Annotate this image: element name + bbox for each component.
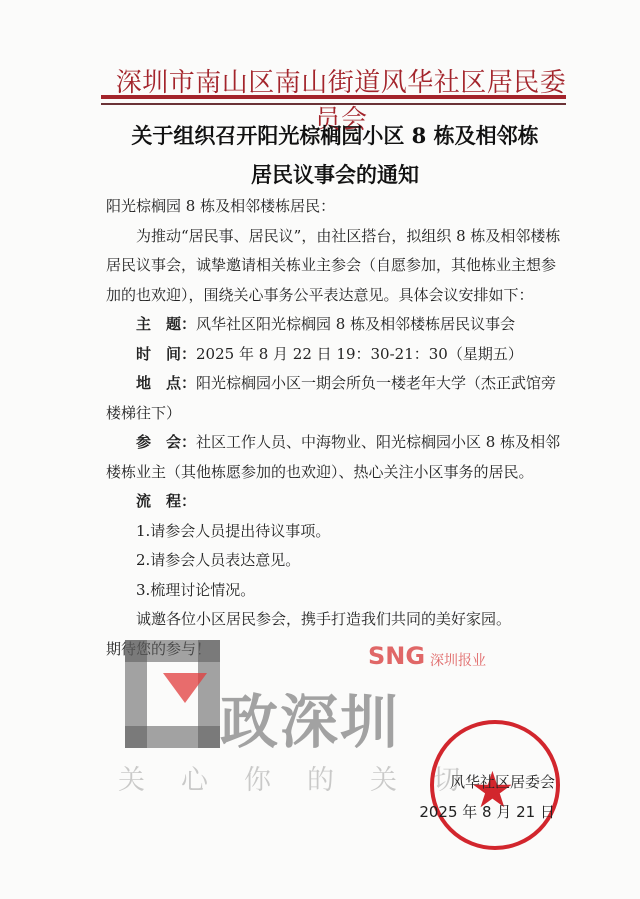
item-topic: 主 题：风华社区阳光棕榈园 8 栋及相邻楼栋居民议事会	[106, 310, 566, 340]
notice-title: 关于组织召开阳光棕榈园小区 8 栋及相邻栋 居民议事会的通知	[100, 116, 570, 194]
watermark-brand: 政深圳	[220, 675, 400, 759]
item-location: 地 点：阳光棕榈园小区一期会所负一楼老年大学（杰正武馆旁楼梯往下）	[106, 369, 566, 428]
process-label: 流 程：	[106, 487, 566, 517]
document-page: 深圳市南山区南山街道风华社区居民委员会 关于组织召开阳光棕榈园小区 8 栋及相邻…	[0, 0, 640, 899]
salutation: 阳光棕榈园 8 栋及相邻楼栋居民：	[106, 192, 566, 222]
notice-body: 阳光棕榈园 8 栋及相邻楼栋居民： 为推动“居民事、居民议”，由社区搭台，拟组织…	[106, 192, 566, 664]
header-rule-thin	[101, 103, 566, 105]
process-step-3: 3.梳理讨论情况。	[106, 576, 566, 606]
watermark-triangle-icon	[163, 673, 207, 703]
header-rule-thick	[101, 95, 566, 99]
signature-org: 风华社区居委会	[419, 767, 555, 797]
process-step-1: 1.请参会人员提出待议事项。	[106, 517, 566, 547]
item-time: 时 间：2025 年 8 月 22 日 19：30-21：30（星期五）	[106, 340, 566, 370]
item-attendees-label: 参 会：	[136, 433, 196, 451]
closing-paragraph: 诚邀各位小区居民参会，携手打造我们共同的美好家园。	[106, 605, 566, 635]
item-time-label: 时 间：	[136, 345, 196, 363]
sng-logo-subtitle: 深圳报业	[430, 650, 486, 670]
item-time-value: 2025 年 8 月 22 日 19：30-21：30（星期五）	[196, 345, 523, 363]
item-topic-value: 风华社区阳光棕榈园 8 栋及相邻楼栋居民议事会	[196, 315, 515, 333]
item-location-label: 地 点：	[136, 374, 196, 392]
signature-date: 2025 年 8 月 21 日	[419, 797, 555, 827]
item-topic-label: 主 题：	[136, 315, 196, 333]
watermark-logo-bottom-bar	[125, 726, 220, 748]
notice-title-line2: 居民议事会的通知	[100, 155, 570, 194]
item-attendees: 参 会：社区工作人员、中海物业、阳光棕榈园小区 8 栋及相邻楼栋业主（其他栋愿参…	[106, 428, 566, 487]
intro-paragraph: 为推动“居民事、居民议”，由社区搭台，拟组织 8 栋及相邻楼栋居民议事会，诚挚邀…	[106, 222, 566, 311]
notice-title-line1: 关于组织召开阳光棕榈园小区 8 栋及相邻栋	[100, 116, 570, 155]
signature-block: 风华社区居委会 2025 年 8 月 21 日	[419, 767, 555, 827]
process-step-2: 2.请参会人员表达意见。	[106, 546, 566, 576]
sng-logo: SNG	[368, 642, 425, 670]
